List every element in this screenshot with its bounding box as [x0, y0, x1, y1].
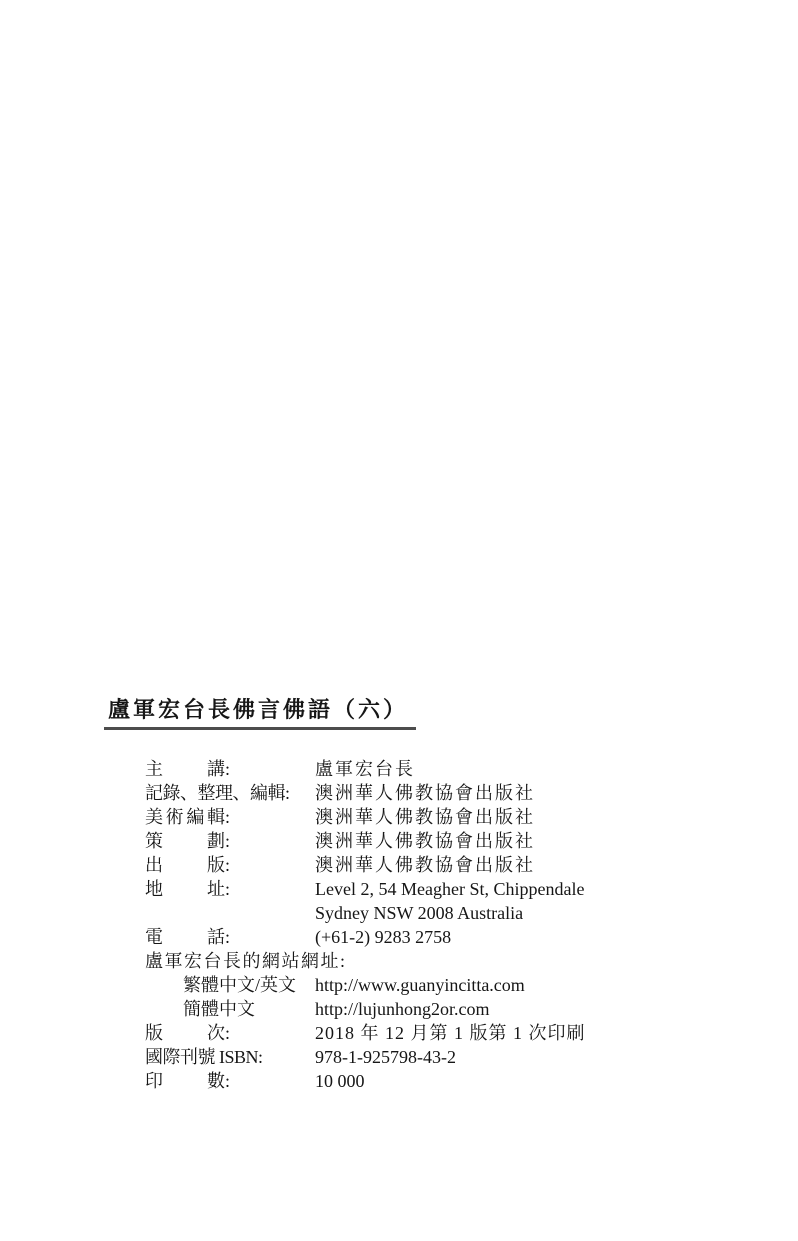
row-label: 國際刊號 ISBN: [145, 1045, 315, 1069]
row-label-text: 版次 [145, 1021, 225, 1045]
row-colon: : [258, 1045, 263, 1069]
row-value: (+61-2) 9283 2758 [315, 925, 620, 949]
colophon-row-phone: 電話: (+61-2) 9283 2758 [145, 925, 620, 949]
row-label-text: 電話 [145, 925, 225, 949]
colophon-row-publisher: 出版: 澳洲華人佛教協會出版社 [145, 853, 620, 877]
row-label: 美術編輯: [145, 805, 315, 829]
colophon-row-planning: 策劃: 澳洲華人佛教協會出版社 [145, 829, 620, 853]
colophon-row-isbn: 國際刊號 ISBN: 978-1-925798-43-2 [145, 1045, 620, 1069]
row-value: 2018 年 12 月第 1 版第 1 次印刷 [315, 1021, 620, 1045]
row-label: 出版: [145, 853, 315, 877]
row-label-text: 地址 [145, 877, 225, 901]
row-colon: : [225, 805, 230, 829]
row-value: 978-1-925798-43-2 [315, 1045, 620, 1069]
row-colon: : [285, 781, 290, 805]
colophon-row-print-count: 印數: 10 000 [145, 1069, 620, 1093]
row-label: 印數: [145, 1069, 315, 1093]
row-colon: : [225, 1069, 230, 1093]
address-line-2: Sydney NSW 2008 Australia [315, 901, 620, 925]
colophon-page: 盧軍宏台長佛言佛語（六） 主講: 盧軍宏台長 記錄、整理、編輯: 澳洲華人佛教協… [0, 0, 798, 1241]
row-label-text: 美術編輯 [145, 805, 225, 829]
row-label-text: 國際刊號 ISBN [145, 1045, 258, 1069]
row-colon: : [225, 757, 230, 781]
colophon-row-address: 地址: Level 2, 54 Meagher St, Chippendale … [145, 877, 620, 925]
row-colon: : [225, 925, 230, 949]
website-section-heading: 盧軍宏台長的網站網址: [145, 949, 347, 973]
row-label-text: 繁體中文/英文 [183, 975, 296, 995]
row-value: 盧軍宏台長 [315, 757, 620, 781]
row-value: 澳洲華人佛教協會出版社 [315, 781, 620, 805]
row-colon: : [225, 1021, 230, 1045]
colophon-row-editing: 記錄、整理、編輯: 澳洲華人佛教協會出版社 [145, 781, 620, 805]
website-row-simplified: 簡體中文 http://lujunhong2or.com [145, 997, 620, 1021]
row-value website-url: http://www.guanyincitta.com [315, 973, 620, 997]
row-label: 主講: [145, 757, 315, 781]
row-label-text: 主講 [145, 757, 225, 781]
colophon-row-speaker: 主講: 盧軍宏台長 [145, 757, 620, 781]
row-label-text: 策劃 [145, 829, 225, 853]
row-colon: : [225, 853, 230, 877]
row-colon: : [225, 877, 230, 901]
row-label: 簡體中文 [145, 997, 315, 1021]
website-section-heading-row: 盧軍宏台長的網站網址: [145, 949, 620, 973]
row-value: 澳洲華人佛教協會出版社 [315, 853, 620, 877]
row-label: 策劃: [145, 829, 315, 853]
row-value website-url: http://lujunhong2or.com [315, 997, 620, 1021]
publication-info: 主講: 盧軍宏台長 記錄、整理、編輯: 澳洲華人佛教協會出版社 美術編輯: 澳洲… [145, 757, 620, 1093]
row-label: 繁體中文/英文 [145, 973, 315, 997]
colophon-row-edition: 版次: 2018 年 12 月第 1 版第 1 次印刷 [145, 1021, 620, 1045]
row-value: 澳洲華人佛教協會出版社 [315, 829, 620, 853]
row-label-text: 印數 [145, 1069, 225, 1093]
colophon-row-art-editor: 美術編輯: 澳洲華人佛教協會出版社 [145, 805, 620, 829]
row-label-text: 出版 [145, 853, 225, 877]
book-title-underline: 盧軍宏台長佛言佛語（六） [104, 698, 416, 730]
address-line-1: Level 2, 54 Meagher St, Chippendale [315, 877, 620, 901]
book-title: 盧軍宏台長佛言佛語（六） [108, 697, 408, 722]
row-label: 記錄、整理、編輯: [145, 781, 315, 805]
row-value: 10 000 [315, 1069, 620, 1093]
row-value: Level 2, 54 Meagher St, Chippendale Sydn… [315, 877, 620, 925]
row-value: 澳洲華人佛教協會出版社 [315, 805, 620, 829]
row-label: 電話: [145, 925, 315, 949]
row-label-text: 簡體中文 [183, 999, 255, 1019]
row-label-text: 記錄、整理、編輯 [145, 781, 285, 805]
row-colon: : [225, 829, 230, 853]
row-label: 地址: [145, 877, 315, 901]
row-label: 版次: [145, 1021, 315, 1045]
website-row-traditional: 繁體中文/英文 http://www.guanyincitta.com [145, 973, 620, 997]
